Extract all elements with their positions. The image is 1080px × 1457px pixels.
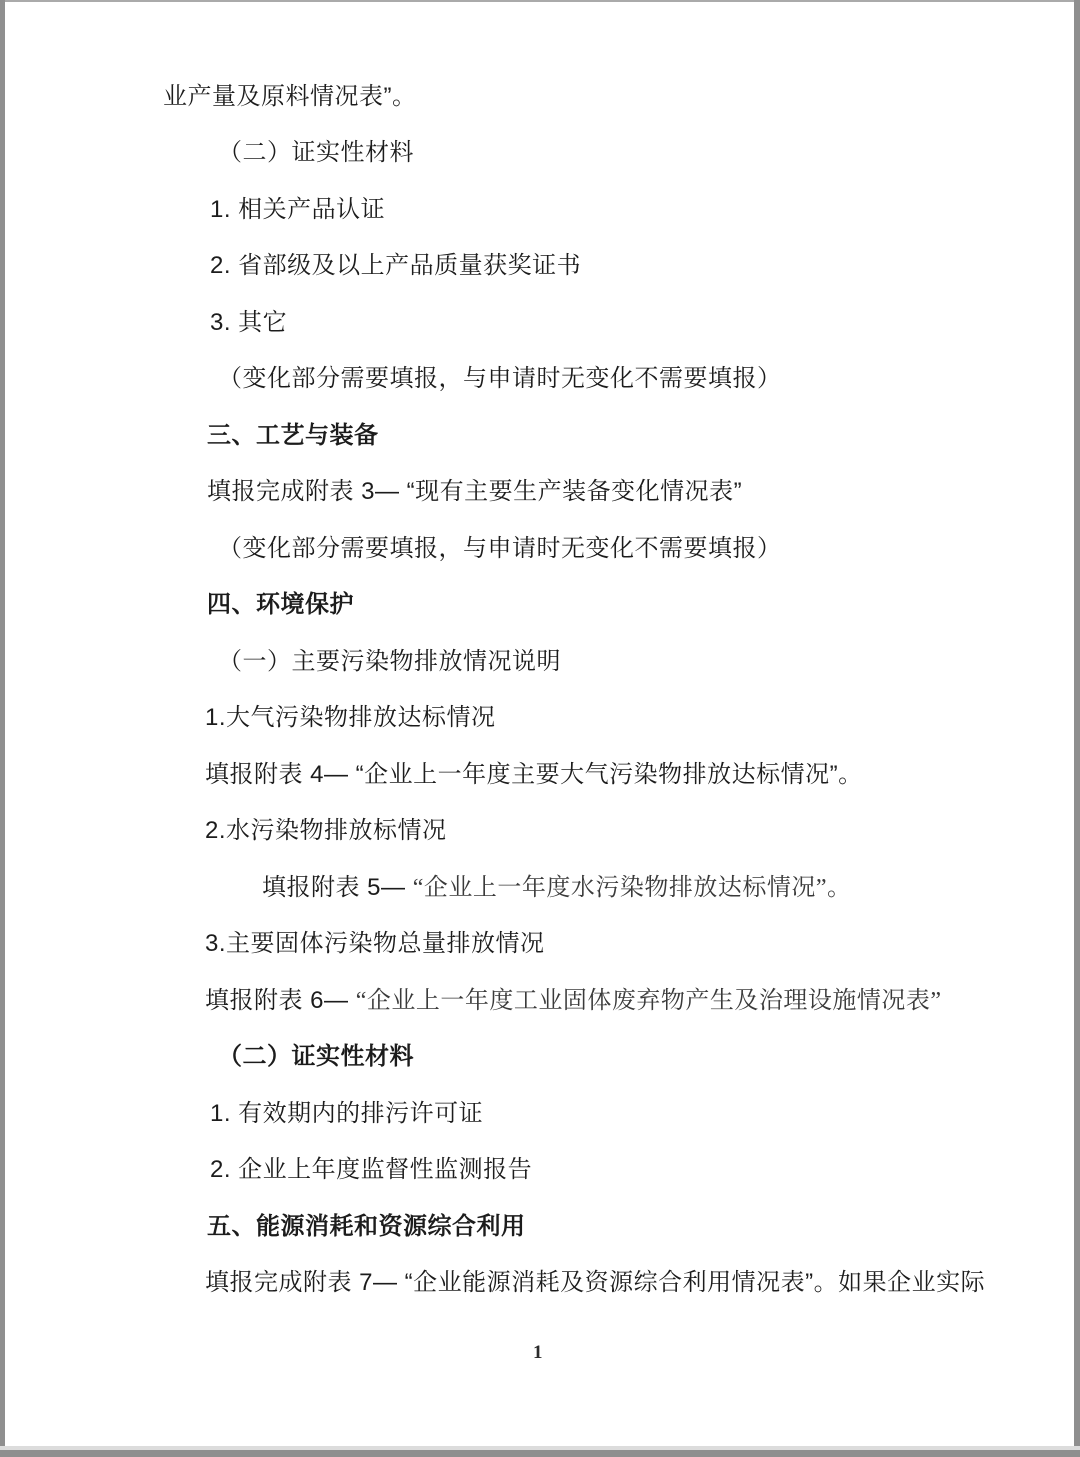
text-segment: 填报完成附表 3— “现有主要生产装备变化情况表” <box>207 478 742 505</box>
text-segment: 三、工艺与装备 <box>207 422 379 449</box>
page-edge-top <box>0 0 1080 2</box>
text-line: 2. 企业上年度监督性监测报告 <box>210 1155 532 1185</box>
text-segment: 填报附表 4— “企业上一年度主要大气污染物排放达标情况”。 <box>205 761 863 788</box>
page-edge-left <box>0 0 5 1457</box>
text-line: 填报完成附表 3— “现有主要生产装备变化情况表” <box>207 477 742 507</box>
text-segment: 1. 相关产品认证 <box>210 196 385 223</box>
text-line: 1. 有效期内的排污许可证 <box>210 1099 483 1129</box>
text-segment: （变化部分需要填报，与申请时无变化不需要填报） <box>218 535 782 562</box>
text-line: （一）主要污染物排放情况说明 <box>218 647 561 677</box>
page-edge-bottom <box>0 1450 1080 1457</box>
text-segment: 填报完成附表 7— “企业能源消耗及资源综合利用情况表”。如果企业实际 <box>205 1269 985 1296</box>
text-segment: 2. 企业上年度监督性监测报告 <box>210 1156 532 1183</box>
text-line: 1. 相关产品认证 <box>210 195 385 225</box>
text-line: 2.水污染物排放标情况 <box>205 816 447 846</box>
text-line: （二）证实性材料 <box>218 138 414 168</box>
text-segment: 3. 其它 <box>210 309 287 336</box>
text-line: 三、工艺与装备 <box>207 421 379 451</box>
text-segment: “企业上一年度水污染物排放达标情况”。 <box>413 875 852 901</box>
text-segment: （二）证实性材料 <box>218 139 414 166</box>
text-segment: 2.水污染物排放标情况 <box>205 817 447 844</box>
text-segment: “企业上一年度工业固体废弃物产生及治理设施情况表” <box>356 988 942 1014</box>
text-line: 填报附表 5— “企业上一年度水污染物排放达标情况”。 <box>262 873 852 903</box>
text-line: 四、环境保护 <box>207 590 354 620</box>
text-line: 填报完成附表 7— “企业能源消耗及资源综合利用情况表”。如果企业实际 <box>205 1268 985 1298</box>
text-segment: （一）主要污染物排放情况说明 <box>218 648 561 675</box>
text-segment: 1. 有效期内的排污许可证 <box>210 1100 483 1127</box>
text-segment: 五、能源消耗和资源综合利用 <box>207 1213 526 1240</box>
text-line: 填报附表 4— “企业上一年度主要大气污染物排放达标情况”。 <box>205 760 863 790</box>
page-number: 1 <box>533 1342 543 1364</box>
document-page: 业产量及原料情况表”。（二）证实性材料1. 相关产品认证2. 省部级及以上产品质… <box>0 0 1080 1457</box>
text-line: 2. 省部级及以上产品质量获奖证书 <box>210 251 581 281</box>
text-line: （变化部分需要填报，与申请时无变化不需要填报） <box>218 534 782 564</box>
page-edge-right <box>1074 0 1080 1457</box>
text-line: 1.大气污染物排放达标情况 <box>205 703 496 733</box>
text-line: 五、能源消耗和资源综合利用 <box>207 1212 526 1242</box>
text-line: 3. 其它 <box>210 308 287 338</box>
text-segment: 填报附表 5— <box>262 874 413 901</box>
text-segment: 2. 省部级及以上产品质量获奖证书 <box>210 252 581 279</box>
text-segment: （变化部分需要填报，与申请时无变化不需要填报） <box>218 365 782 392</box>
text-line: 填报附表 6— “企业上一年度工业固体废弃物产生及治理设施情况表” <box>205 986 942 1016</box>
text-line: （二）证实性材料 <box>218 1042 414 1072</box>
text-segment: 四、环境保护 <box>207 591 354 618</box>
text-line: 业产量及原料情况表”。 <box>163 82 417 112</box>
text-line: （变化部分需要填报，与申请时无变化不需要填报） <box>218 364 782 394</box>
text-segment: 填报附表 6— <box>205 987 356 1014</box>
text-segment: 3.主要固体污染物总量排放情况 <box>205 930 545 957</box>
document-viewer: 业产量及原料情况表”。（二）证实性材料1. 相关产品认证2. 省部级及以上产品质… <box>0 0 1080 1457</box>
text-segment: 业产量及原料情况表”。 <box>163 83 417 110</box>
text-line: 3.主要固体污染物总量排放情况 <box>205 929 545 959</box>
text-segment: 1.大气污染物排放达标情况 <box>205 704 496 731</box>
text-segment: （二）证实性材料 <box>218 1043 414 1070</box>
